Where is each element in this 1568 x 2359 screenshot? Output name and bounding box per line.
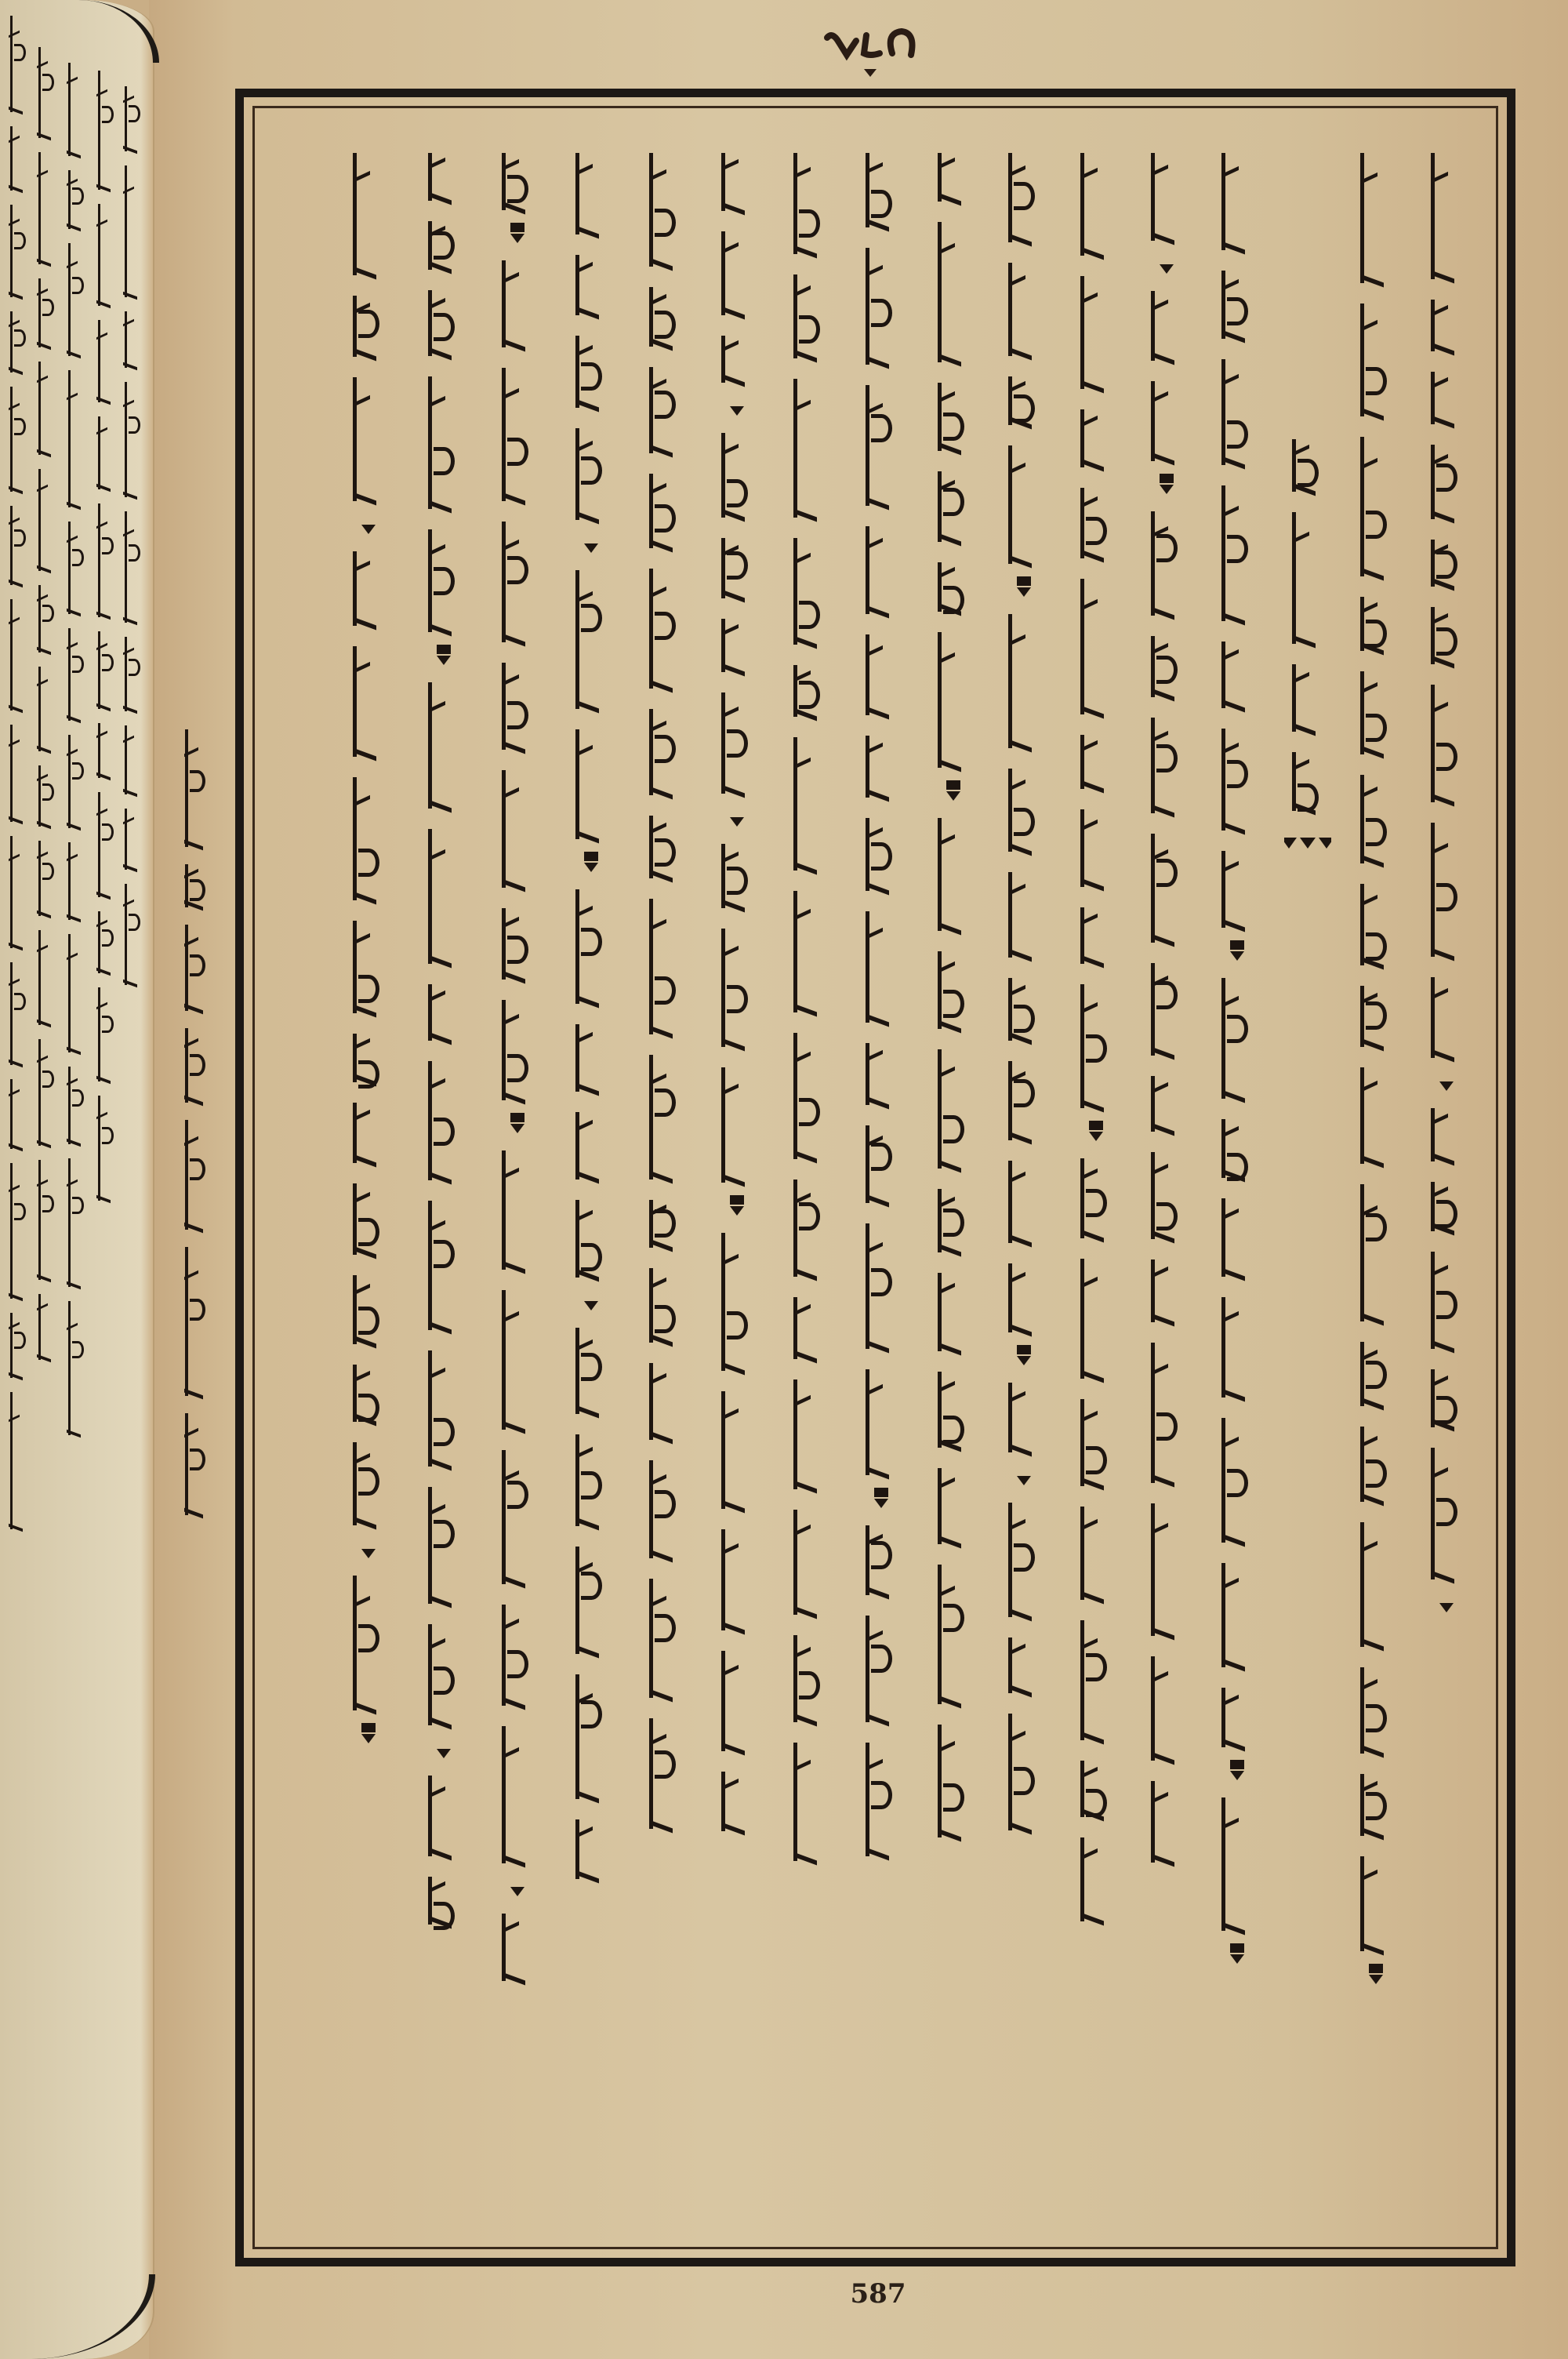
- punctuation-mark: [584, 863, 598, 872]
- script-word: [98, 320, 119, 402]
- script-word: [1008, 153, 1048, 242]
- script-word: [721, 231, 761, 315]
- script-word: [10, 725, 31, 822]
- script-word: [1221, 978, 1261, 1099]
- script-word: [866, 153, 906, 227]
- script-word: [428, 1877, 468, 1925]
- script-word: [1292, 752, 1332, 811]
- script-word: [1008, 872, 1048, 958]
- script-word: [68, 1158, 89, 1287]
- script-word: [793, 1379, 833, 1489]
- script-word: [10, 506, 31, 585]
- script-word: [1431, 1108, 1471, 1161]
- script-word: [721, 1651, 761, 1751]
- script-word: [185, 1028, 215, 1103]
- script-word: [502, 368, 542, 501]
- text-column: [930, 153, 977, 1858]
- script-word: [575, 570, 615, 709]
- script-word: [10, 16, 31, 112]
- script-word: [938, 222, 978, 362]
- script-word: [721, 1772, 761, 1831]
- running-title: [169, 729, 223, 1608]
- script-word: [125, 637, 146, 711]
- script-word: [1360, 775, 1400, 863]
- script-word: [938, 1565, 978, 1704]
- script-word: [1360, 1067, 1400, 1164]
- script-word: [721, 1233, 761, 1371]
- script-word: [866, 634, 906, 715]
- punctuation-mark: [1369, 1975, 1383, 1984]
- script-word: [793, 1033, 833, 1159]
- script-word: [125, 809, 146, 870]
- script-word: [68, 170, 89, 229]
- script-word: [1008, 769, 1048, 852]
- script-word: [1221, 851, 1261, 928]
- script-word: [185, 1413, 215, 1515]
- script-word: [1360, 597, 1400, 651]
- script-word: [1080, 1507, 1120, 1600]
- script-word: [938, 1049, 978, 1169]
- script-word: [1008, 1714, 1048, 1830]
- script-word: [1360, 437, 1400, 576]
- punctuation-mark: [437, 656, 451, 665]
- script-word: [793, 153, 833, 254]
- section-title-column: [1284, 439, 1331, 849]
- script-word: [98, 723, 119, 778]
- script-word: [1221, 642, 1261, 708]
- script-word: [866, 1125, 906, 1203]
- script-word: [428, 1201, 468, 1330]
- script-word: [125, 884, 146, 985]
- script-word: [575, 153, 615, 234]
- script-word: [98, 71, 119, 190]
- punctuation-mark: [1017, 1356, 1031, 1365]
- script-word: [38, 930, 60, 1025]
- script-word: [68, 1301, 89, 1435]
- script-word: [649, 899, 689, 1034]
- script-word: [1292, 439, 1332, 492]
- script-word: [10, 962, 31, 1065]
- script-word: [185, 729, 215, 847]
- script-word: [353, 1576, 393, 1710]
- script-word: [98, 792, 119, 897]
- punctuation-mark: [1017, 587, 1031, 597]
- script-word: [1360, 1427, 1400, 1502]
- script-word: [353, 1442, 393, 1525]
- script-word: [1360, 1184, 1400, 1321]
- script-word: [721, 844, 761, 908]
- script-word: [10, 311, 31, 373]
- text-column: [1073, 153, 1120, 1942]
- script-word: [38, 1039, 60, 1146]
- script-word: [1292, 664, 1332, 732]
- script-word: [38, 841, 60, 916]
- script-word: [502, 663, 542, 750]
- script-word: [1360, 304, 1400, 416]
- script-word: [1431, 1448, 1471, 1579]
- script-word: [502, 1605, 542, 1706]
- script-word: [1008, 1263, 1048, 1332]
- script-word: [38, 1160, 60, 1280]
- punctuation-mark: [730, 1206, 744, 1216]
- script-word: [649, 709, 689, 795]
- text-column: [494, 153, 541, 2001]
- text-column: [420, 153, 467, 1945]
- script-word: [866, 248, 906, 365]
- script-word: [1360, 671, 1400, 754]
- script-word: [1221, 1563, 1261, 1667]
- script-word: [1080, 1761, 1120, 1817]
- script-word: [1008, 1061, 1048, 1140]
- script-word: [68, 370, 89, 507]
- script-word: [185, 1120, 215, 1230]
- script-word: [38, 47, 60, 138]
- script-word: [866, 1743, 906, 1856]
- script-word: [1080, 1837, 1120, 1921]
- script-word: [793, 1179, 833, 1277]
- script-word: [575, 1547, 615, 1654]
- script-word: [1080, 735, 1120, 789]
- script-word: [721, 1067, 761, 1183]
- script-word: [866, 1043, 906, 1105]
- facing-page-column: [33, 47, 60, 1374]
- script-word: [721, 619, 761, 672]
- script-word: [10, 836, 31, 948]
- script-word: [1151, 1656, 1191, 1761]
- script-word: [721, 692, 761, 794]
- script-word: [1221, 1688, 1261, 1747]
- punctuation-mark: [1439, 1603, 1454, 1612]
- punctuation-mark: [1230, 951, 1244, 961]
- script-word: [38, 469, 60, 571]
- script-word: [721, 433, 761, 518]
- script-word: [428, 1776, 468, 1856]
- script-word: [68, 243, 89, 356]
- script-word: [125, 165, 146, 297]
- script-word: [1221, 485, 1261, 621]
- script-word: [68, 735, 89, 828]
- script-word: [10, 1163, 31, 1299]
- script-word: [1151, 511, 1191, 616]
- script-word: [353, 296, 393, 357]
- script-word: [1080, 409, 1120, 467]
- facing-page-column: [63, 63, 89, 1449]
- punctuation-mark: [1160, 264, 1174, 274]
- script-word: [353, 551, 393, 626]
- script-word: [1008, 1161, 1048, 1243]
- punctuation-mark: [510, 1124, 524, 1133]
- script-word: [1221, 1418, 1261, 1543]
- script-word: [1080, 276, 1120, 389]
- script-word: [68, 934, 89, 1052]
- script-word: [185, 925, 215, 1011]
- script-word: [98, 503, 119, 617]
- script-word: [502, 1000, 542, 1100]
- script-word: [1431, 607, 1471, 664]
- script-word: [649, 367, 689, 453]
- punctuation-mark: [361, 1549, 376, 1558]
- text-column: [858, 153, 905, 1877]
- script-word: [502, 153, 542, 210]
- script-word: [502, 1726, 542, 1863]
- script-word: [575, 729, 615, 839]
- facing-page-frame-curl-bottom: [31, 2274, 155, 2359]
- script-word: [1431, 540, 1471, 587]
- script-word: [1151, 963, 1191, 1056]
- script-word: [575, 889, 615, 1004]
- script-word: [938, 951, 978, 1029]
- script-word: [1080, 1620, 1120, 1740]
- script-word: [1360, 1522, 1400, 1647]
- script-word: [721, 538, 761, 598]
- script-word: [10, 1313, 31, 1378]
- script-word: [938, 471, 978, 542]
- script-word: [125, 725, 146, 794]
- script-word: [1151, 1076, 1191, 1132]
- script-word: [1008, 614, 1048, 748]
- punctuation-mark: [584, 1301, 598, 1310]
- punctuation-mark: [1230, 1954, 1244, 1964]
- script-word: [938, 1189, 978, 1252]
- script-word: [1360, 986, 1400, 1047]
- script-word: [866, 1616, 906, 1722]
- facing-page-column: [119, 86, 146, 999]
- script-word: [1151, 636, 1191, 697]
- script-word: [428, 1487, 468, 1604]
- script-word: [1431, 1252, 1471, 1349]
- text-column: [1214, 153, 1261, 1981]
- script-word: [98, 416, 119, 489]
- text-column: [345, 153, 392, 1761]
- script-word: [866, 736, 906, 798]
- script-word: [938, 1468, 978, 1544]
- page-number: 587: [843, 2278, 913, 2310]
- script-word: [502, 1914, 542, 1981]
- script-word: [1292, 512, 1332, 644]
- script-word: [649, 287, 689, 347]
- script-word: [721, 1529, 761, 1630]
- script-word: [938, 632, 978, 768]
- script-word: [793, 379, 833, 518]
- script-word: [793, 274, 833, 358]
- script-word: [38, 585, 60, 652]
- script-word: [428, 682, 468, 809]
- script-word: [1008, 1383, 1048, 1452]
- script-word: [938, 562, 978, 612]
- script-word: [125, 311, 146, 368]
- script-word: [649, 153, 689, 267]
- script-word: [793, 1743, 833, 1861]
- script-word: [649, 569, 689, 689]
- script-word: [10, 599, 31, 711]
- script-word: [428, 221, 468, 270]
- script-word: [793, 1635, 833, 1722]
- facing-page-frame-curl-top: [78, 0, 159, 63]
- text-column: [641, 153, 688, 1849]
- script-word: [1431, 153, 1471, 279]
- text-column: [1423, 153, 1470, 1630]
- script-word: [98, 1096, 119, 1201]
- script-word: [353, 377, 393, 501]
- punctuation-mark: [874, 1499, 888, 1508]
- punctuation-mark: [361, 1734, 376, 1743]
- script-word: [38, 362, 60, 455]
- punctuation-mark: [510, 234, 524, 243]
- script-word: [1080, 907, 1120, 964]
- script-word: [793, 737, 833, 871]
- script-word: [1151, 718, 1191, 813]
- punctuation-mark: [1160, 485, 1174, 494]
- punctuation-mark: [437, 1749, 451, 1758]
- script-word: [938, 818, 978, 931]
- script-word: [1080, 488, 1120, 558]
- script-word: [38, 1294, 60, 1360]
- script-word: [649, 1718, 689, 1829]
- script-word: [866, 818, 906, 891]
- script-word: [575, 336, 615, 408]
- punctuation-mark: [730, 817, 744, 827]
- script-word: [1151, 1152, 1191, 1239]
- script-word: [98, 631, 119, 709]
- script-word: [1431, 1182, 1471, 1231]
- text-column: [568, 153, 615, 1899]
- script-word: [428, 376, 468, 509]
- script-word: [1431, 977, 1471, 1058]
- script-word: [1431, 685, 1471, 802]
- script-word: [1431, 300, 1471, 351]
- script-word: [938, 1273, 978, 1351]
- script-word: [1151, 1259, 1191, 1322]
- script-word: [1008, 445, 1048, 564]
- script-word: [575, 1024, 615, 1092]
- script-word: [866, 1369, 906, 1475]
- script-word: [1360, 1774, 1400, 1836]
- script-word: [38, 765, 60, 827]
- script-word: [10, 387, 31, 492]
- script-word: [793, 538, 833, 645]
- script-word: [68, 522, 89, 614]
- folio-mark: [823, 24, 925, 86]
- script-word: [575, 1434, 615, 1526]
- script-word: [575, 428, 615, 520]
- script-word: [428, 153, 468, 201]
- script-word: [938, 383, 978, 451]
- script-word: [866, 1223, 906, 1349]
- script-word: [1151, 834, 1191, 943]
- script-word: [502, 770, 542, 888]
- script-word: [649, 1055, 689, 1179]
- script-word: [1360, 153, 1400, 283]
- script-word: [649, 474, 689, 548]
- punctuation-mark: [361, 525, 376, 534]
- script-word: [1221, 359, 1261, 465]
- script-word: [1151, 1503, 1191, 1636]
- text-column: [1143, 153, 1190, 1883]
- punctuation-mark: [946, 791, 960, 801]
- script-word: [353, 1275, 393, 1344]
- script-word: [1151, 1343, 1191, 1483]
- script-word: [1431, 823, 1471, 957]
- script-word: [1080, 1259, 1120, 1379]
- script-word: [793, 891, 833, 1012]
- script-word: [428, 984, 468, 1041]
- script-word: [502, 1150, 542, 1270]
- script-word: [353, 1103, 393, 1163]
- punctuation-mark: [1017, 1476, 1031, 1485]
- text-column: [713, 153, 760, 1852]
- script-word: [10, 1392, 31, 1529]
- script-word: [502, 522, 542, 642]
- script-word: [575, 1328, 615, 1414]
- script-word: [649, 1363, 689, 1440]
- section-end-mark: [1284, 838, 1331, 849]
- script-word: [1221, 1198, 1261, 1277]
- script-word: [185, 1247, 215, 1396]
- script-word: [1151, 153, 1191, 241]
- script-word: [1221, 153, 1261, 250]
- script-word: [938, 153, 978, 202]
- script-word: [1151, 291, 1191, 361]
- script-word: [353, 777, 393, 900]
- script-word: [68, 63, 89, 156]
- script-word: [575, 1674, 615, 1799]
- script-word: [428, 829, 468, 964]
- script-word: [1221, 1119, 1261, 1178]
- script-word: [1360, 1856, 1400, 1951]
- script-word: [502, 908, 542, 980]
- script-word: [649, 1200, 689, 1248]
- script-word: [1151, 1781, 1191, 1863]
- punctuation-mark: [510, 1887, 524, 1896]
- script-word: [649, 1579, 689, 1698]
- script-word: [575, 1112, 615, 1179]
- script-word: [98, 911, 119, 973]
- script-word: [428, 529, 468, 632]
- script-word: [428, 290, 468, 356]
- script-word: [428, 1624, 468, 1725]
- script-word: [1080, 1158, 1120, 1238]
- script-word: [575, 255, 615, 315]
- script-word: [793, 1297, 833, 1359]
- script-word: [866, 385, 906, 506]
- script-word: [1431, 1369, 1471, 1427]
- script-word: [10, 205, 31, 297]
- script-word: [1431, 445, 1471, 519]
- punctuation-mark: [730, 406, 744, 416]
- punctuation-mark: [1089, 1132, 1103, 1141]
- script-word: [10, 126, 31, 191]
- facing-page-column: [5, 16, 31, 1543]
- facing-page-column: [93, 71, 119, 1215]
- script-word: [1360, 1342, 1400, 1406]
- facing-page: [0, 0, 154, 2359]
- script-word: [575, 1200, 615, 1278]
- script-word: [721, 336, 761, 383]
- script-word: [1080, 153, 1120, 256]
- script-word: [353, 1183, 393, 1255]
- script-word: [38, 278, 60, 347]
- script-word: [1008, 263, 1048, 356]
- script-word: [1080, 1399, 1120, 1486]
- script-word: [125, 382, 146, 497]
- script-word: [649, 1268, 689, 1343]
- script-word: [353, 921, 393, 1013]
- text-column: [786, 153, 833, 1881]
- script-word: [866, 911, 906, 1023]
- script-word: [125, 511, 146, 623]
- script-word: [1008, 376, 1048, 425]
- script-word: [1221, 271, 1261, 339]
